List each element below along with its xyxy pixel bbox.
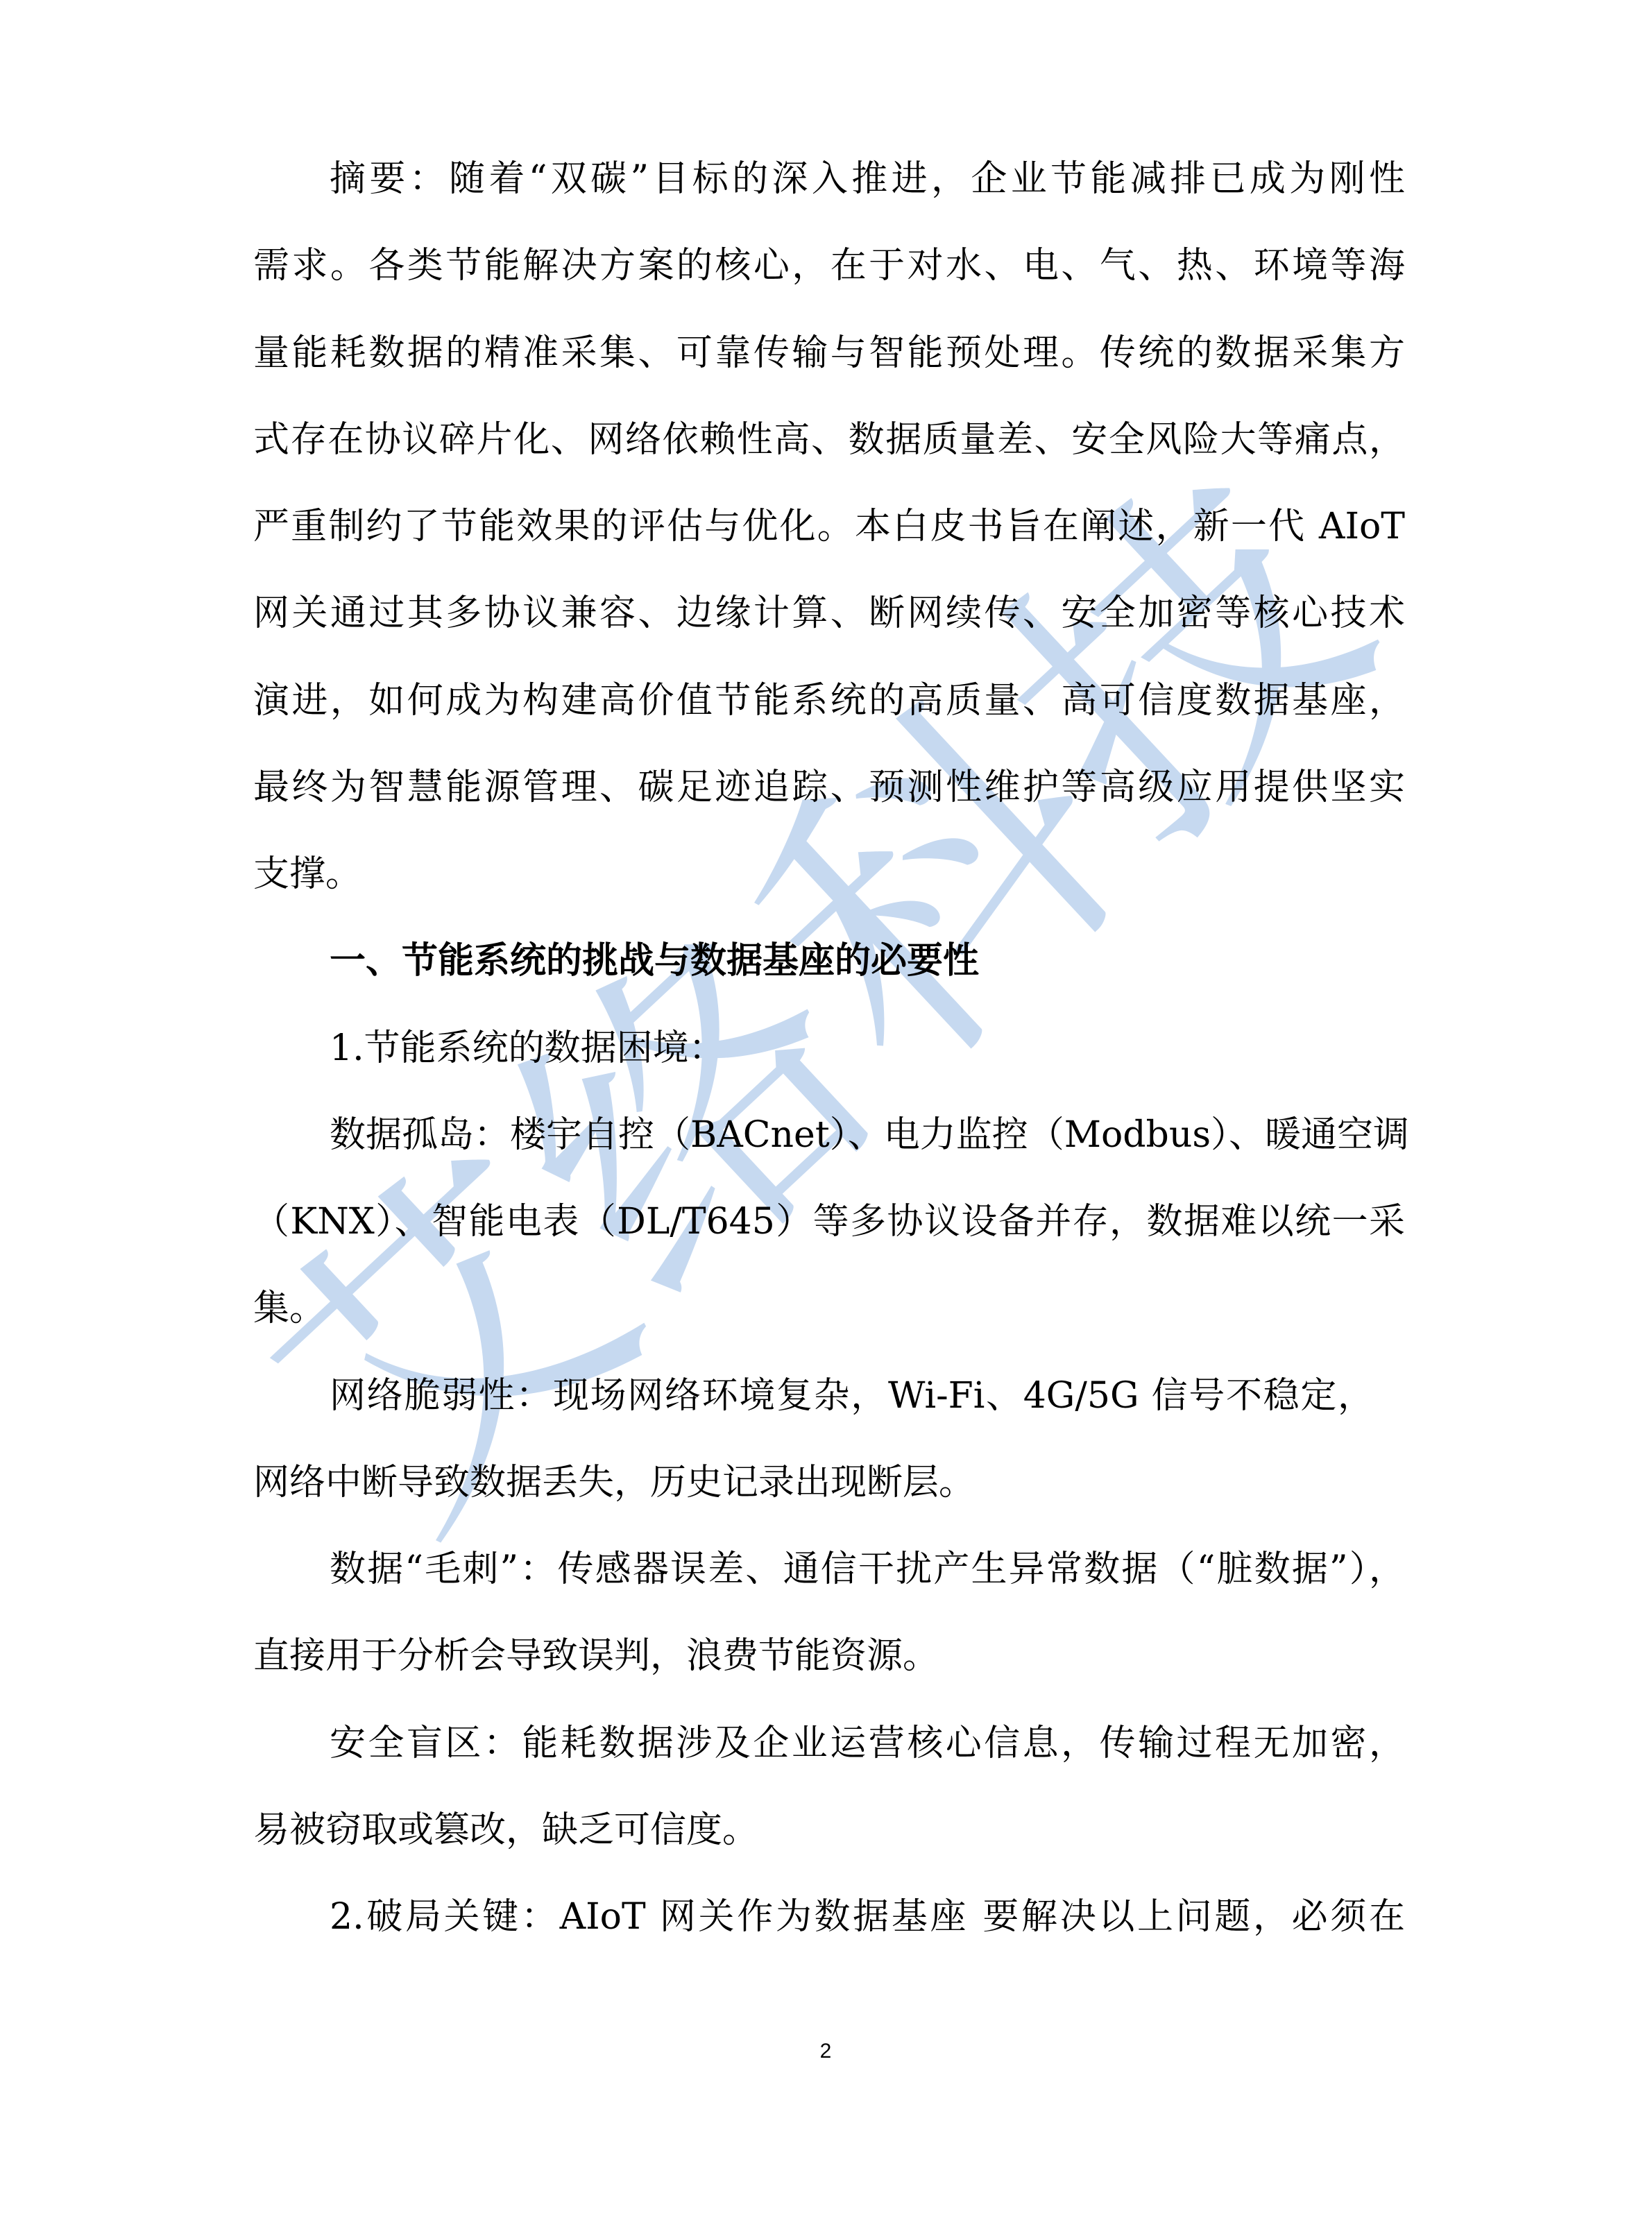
abstract-line-2: 需求。各类节能解决方案的核心，在于对水、电、气、热、环境等海 [253,223,1405,309]
abstract-line-6: 网关通过其多协议兼容、边缘计算、断网续传、安全加密等核心技术 [253,570,1405,657]
document-page: 艾络科技 摘要：随着“双碳”目标的深入推进，企业节能减排已成为刚性 需求。各类节… [0,0,1652,2236]
data-island-line-2: （KNX）、智能电表（DL/T645）等多协议设备并存，数据难以统一采 [253,1179,1405,1265]
security-line-2: 易被窃取或篡改，缺乏可信度。 [253,1787,1405,1874]
section-heading: 一、节能系统的挑战与数据基座的必要性 [253,918,1405,1005]
data-island-line-1: 数据孤岛：楼宇自控（BACnet）、电力监控（Modbus）、暖通空调 [253,1092,1405,1179]
network-fragility-paragraph: 网络脆弱性：现场网络环境复杂，Wi-Fi、4G/5G 信号不稳定， 网络中断导致… [253,1353,1405,1527]
document-body: 摘要：随着“双碳”目标的深入推进，企业节能减排已成为刚性 需求。各类节能解决方案… [253,136,1405,1961]
data-island-line-3: 集。 [253,1265,1405,1352]
abstract-line-4: 式存在协议碎片化、网络依赖性高、数据质量差、安全风险大等痛点， [253,397,1405,484]
data-island-paragraph: 数据孤岛：楼宇自控（BACnet）、电力监控（Modbus）、暖通空调 （KNX… [253,1092,1405,1353]
abstract-line-7: 演进，如何成为构建高价值节能系统的高质量、高可信度数据基座， [253,658,1405,744]
data-burr-line-2: 直接用于分析会导致误判，浪费节能资源。 [253,1613,1405,1700]
data-burr-line-1: 数据“毛刺”：传感器误差、通信干扰产生异常数据（“脏数据”）， [253,1526,1405,1613]
security-blind-spot-paragraph: 安全盲区：能耗数据涉及企业运营核心信息，传输过程无加密， 易被窃取或篡改，缺乏可… [253,1700,1405,1875]
data-burr-paragraph: 数据“毛刺”：传感器误差、通信干扰产生异常数据（“脏数据”）， 直接用于分析会导… [253,1526,1405,1700]
network-fragility-line-1: 网络脆弱性：现场网络环境复杂，Wi-Fi、4G/5G 信号不稳定， [253,1353,1374,1440]
abstract-line-3: 量能耗数据的精准采集、可靠传输与智能预处理。传统的数据采集方 [253,310,1405,397]
network-fragility-line-2: 网络中断导致数据丢失，历史记录出现断层。 [253,1440,1405,1526]
subheading-breakthrough: 2.破局关键：AIoT 网关作为数据基座 要解决以上问题，必须在 [253,1874,1405,1961]
abstract-paragraph: 摘要：随着“双碳”目标的深入推进，企业节能减排已成为刚性 需求。各类节能解决方案… [253,136,1405,918]
security-line-1: 安全盲区：能耗数据涉及企业运营核心信息，传输过程无加密， [253,1700,1405,1787]
abstract-line-5: 严重制约了节能效果的评估与优化。本白皮书旨在阐述，新一代 AIoT [253,484,1405,570]
abstract-line-8: 最终为智慧能源管理、碳足迹追踪、预测性维护等高级应用提供坚实 [253,744,1405,831]
page-number: 2 [815,2040,836,2063]
subheading-data-dilemma: 1.节能系统的数据困境： [253,1005,1405,1092]
abstract-line-1: 摘要：随着“双碳”目标的深入推进，企业节能减排已成为刚性 [253,136,1405,223]
abstract-line-9: 支撑。 [253,831,1405,918]
